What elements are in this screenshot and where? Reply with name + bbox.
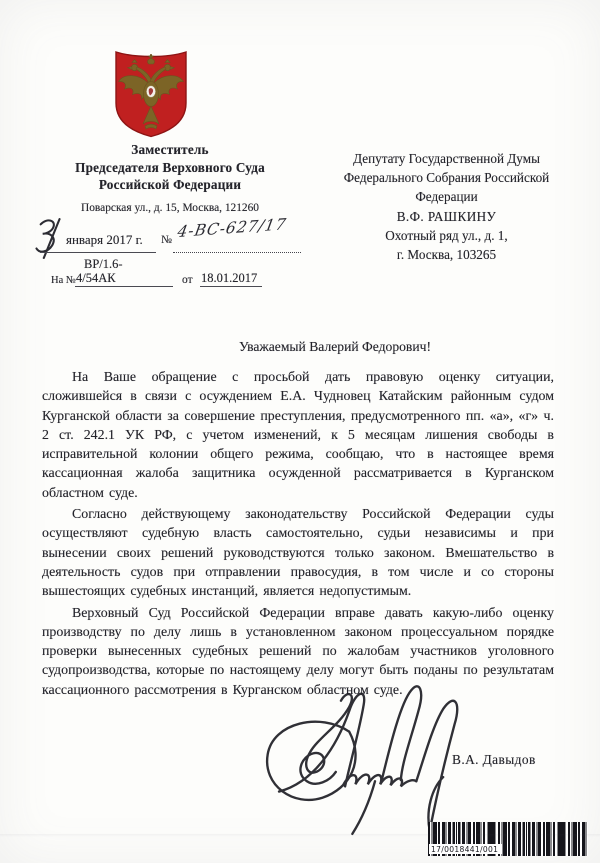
incoming-date: 18.01.2017 [201,271,257,286]
scanned-letter-page: Заместитель Председателя Верховного Суда… [0,0,600,863]
from-label: от [182,274,193,286]
internal-code: ВР/1.6- [84,257,123,272]
registration-barcode: 17/0018441/001 [428,822,588,856]
form-underline [75,286,173,287]
form-underline [200,286,262,287]
recipient-name: В.Ф. РАШКИНУ [303,207,590,226]
letterhead-address: Поварская ул., д. 15, Москва, 121260 [18,202,322,214]
handwritten-day-31 [31,217,65,259]
russia-coat-of-arms-icon [112,47,190,139]
letter-body: На Ваше обращение с просьбой дать правов… [42,368,554,702]
body-paragraph: На Ваше обращение с просьбой дать правов… [42,368,554,503]
barcode-number: 17/0018441/001 [429,844,502,854]
incoming-number: 4/54АК [76,271,116,286]
letterhead-title: Заместитель Председателя Верховного Суда… [18,141,322,194]
recipient-line: Депутату Государственной Думы [303,149,590,168]
letter-date: января 2017 г. [66,232,143,248]
letterhead-title-line: Председателя Верховного Суда [18,159,322,177]
letterhead-title-line: Российской Федерации [18,176,322,194]
form-underline [173,252,301,253]
body-paragraph: Согласно действующему законодательству Р… [42,505,554,601]
recipient-address-line: г. Москва, 103265 [303,245,590,264]
handwritten-outgoing-number: 4-ВС-627/17 [176,215,288,241]
recipient-line: Федерации [303,187,590,206]
salutation: Уважаемый Валерий Федорович! [70,339,600,355]
recipient-block: Депутату Государственной Думы Федерально… [303,149,590,264]
signer-name: В.А. Давыдов [452,752,582,768]
recipient-line: Федерального Собрания Российской [303,168,590,187]
number-sign: № [161,234,172,246]
letterhead-title-line: Заместитель [18,141,322,159]
recipient-address-line: Охотный ряд ул., д. 1, [303,226,590,245]
incoming-number-label: На № [51,275,76,286]
form-underline [40,252,156,253]
